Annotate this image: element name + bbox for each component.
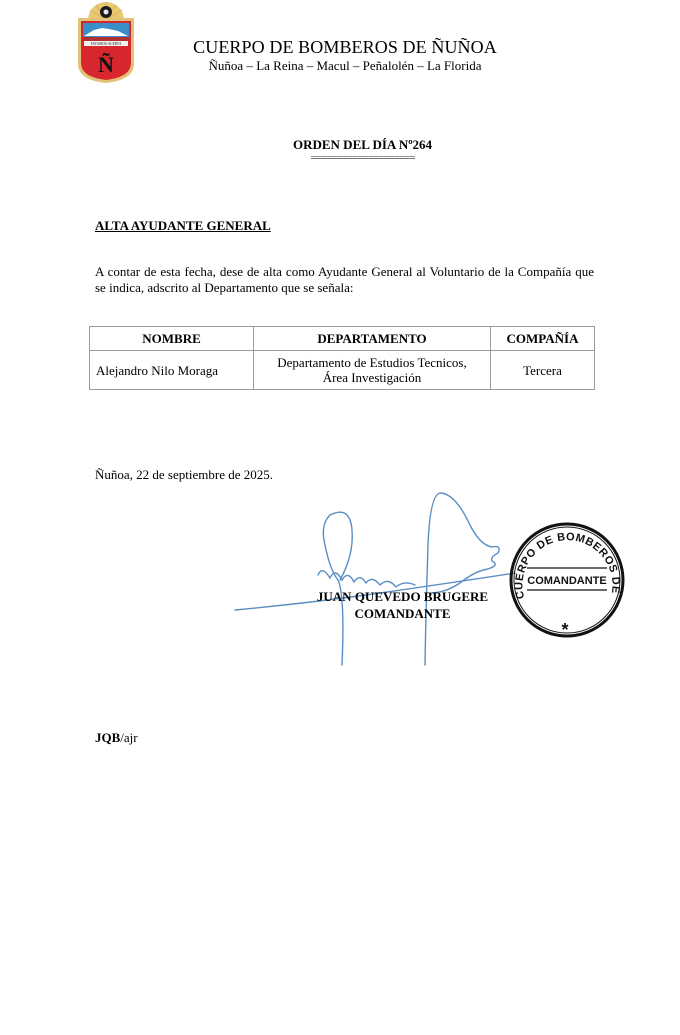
column-header-compania: COMPAÑÍA: [491, 327, 595, 351]
stamp-ring-text: CUERPO DE BOMBEROS DE ÑUÑOA: [505, 520, 622, 600]
crest-letter: Ñ: [98, 52, 114, 77]
title-divider: ====================: [240, 153, 485, 163]
cell-compania: Tercera: [491, 351, 595, 390]
organization-name: CUERPO DE BOMBEROS DE ÑUÑOA: [150, 37, 540, 58]
assignment-table: NOMBRE DEPARTAMENTO COMPAÑÍA Alejandro N…: [89, 326, 595, 390]
departamento-line-1: Departamento de Estudios Tecnicos,: [254, 355, 490, 370]
fire-department-crest-logo: ESTAMOS ALERTA Ñ: [76, 0, 136, 84]
signer-role: COMANDANTE: [300, 606, 505, 622]
order-title: ORDEN DEL DÍA Nº264: [240, 137, 485, 153]
section-title: ALTA AYUDANTE GENERAL: [95, 218, 271, 234]
organization-communes: Ñuñoa – La Reina – Macul – Peñalolén – L…: [150, 58, 540, 74]
signer-name: JUAN QUEVEDO BRUGERE: [300, 589, 505, 605]
stamp-star-icon: *: [561, 620, 568, 640]
body-paragraph: A contar de esta fecha, dese de alta com…: [95, 264, 594, 296]
column-header-departamento: DEPARTAMENTO: [254, 327, 491, 351]
crest-banner-text: ESTAMOS ALERTA: [91, 42, 122, 46]
cell-departamento: Departamento de Estudios Tecnicos, Área …: [254, 351, 491, 390]
svg-text:CUERPO DE BOMBEROS DE ÑUÑOA: CUERPO DE BOMBEROS DE ÑUÑOA: [505, 520, 622, 600]
reference-initials: JQB/ajr: [95, 730, 138, 746]
table-row: Alejandro Nilo Moraga Departamento de Es…: [90, 351, 595, 390]
official-stamp: CUERPO DE BOMBEROS DE ÑUÑOA COMANDANTE *: [505, 520, 630, 642]
column-header-nombre: NOMBRE: [90, 327, 254, 351]
stamp-center-text: COMANDANTE: [527, 575, 606, 587]
departamento-line-2: Área Investigación: [254, 370, 490, 385]
typist-initials: /ajr: [120, 730, 137, 745]
sunburst-icon: [88, 2, 124, 20]
place-and-date: Ñuñoa, 22 de septiembre de 2025.: [95, 467, 273, 483]
cell-nombre: Alejandro Nilo Moraga: [90, 351, 254, 390]
author-initials: JQB: [95, 730, 120, 745]
table-header-row: NOMBRE DEPARTAMENTO COMPAÑÍA: [90, 327, 595, 351]
handwritten-signature: [230, 485, 520, 670]
